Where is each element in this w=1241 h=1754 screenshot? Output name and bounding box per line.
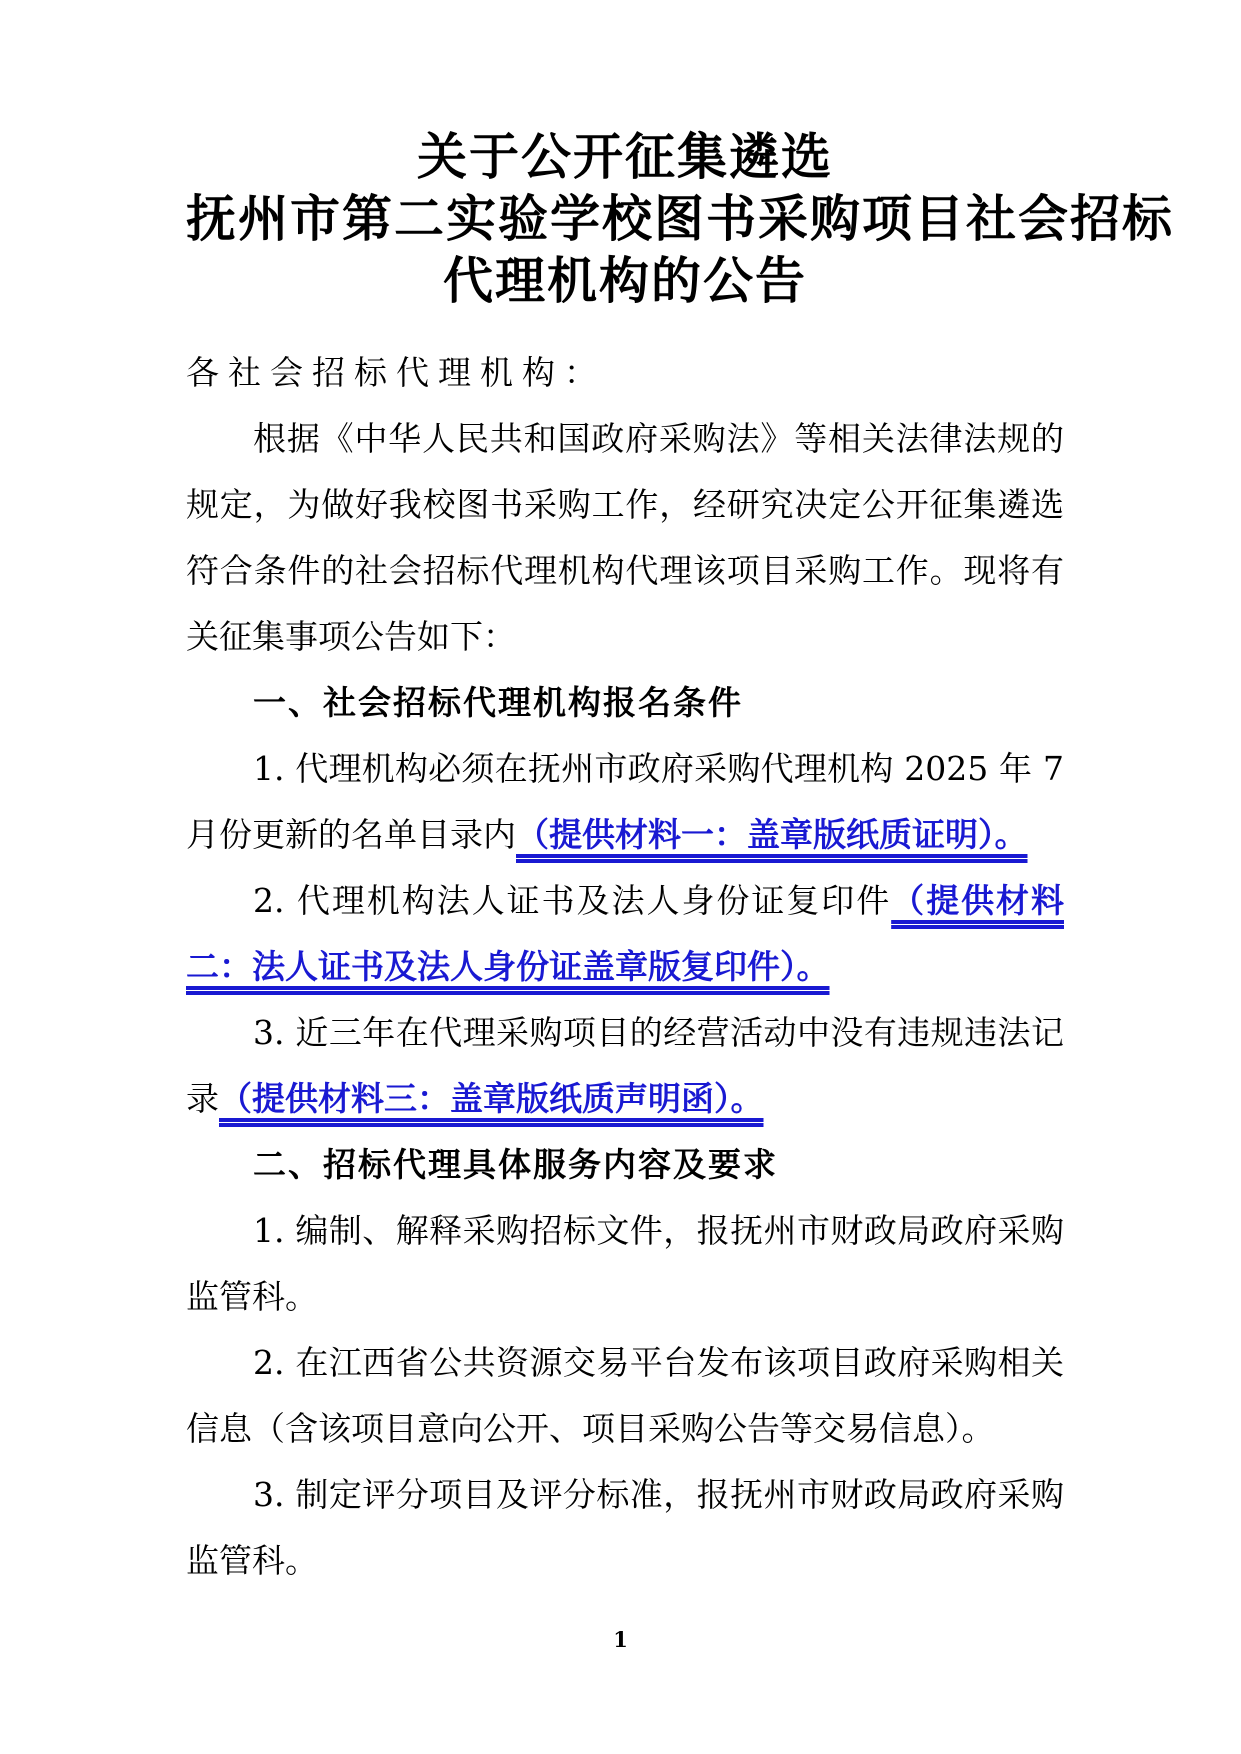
section2-heading: 二、招标代理具体服务内容及要求 xyxy=(186,1132,1064,1198)
document-content: 关于公开征集遴选 抚州市第二实验学校图书采购项目社会招标 代理机构的公告 各社会… xyxy=(186,126,1064,1594)
requirement-item-3: 3. 近三年在代理采购项目的经营活动中没有违规违法记录（提供材料三：盖章版纸质声… xyxy=(186,1000,1064,1132)
document-title: 关于公开征集遴选 抚州市第二实验学校图书采购项目社会招标 代理机构的公告 xyxy=(186,126,1064,312)
section1-heading: 一、社会招标代理机构报名条件 xyxy=(186,670,1064,736)
material-3-link[interactable]: （提供材料三：盖章版纸质声明函）。 xyxy=(219,1079,764,1118)
salutation: 各社会招标代理机构： xyxy=(186,340,1064,406)
requirement-item-1: 1. 代理机构必须在抚州市政府采购代理机构 2025 年 7 月份更新的名单目录… xyxy=(186,736,1064,868)
title-line-2: 抚州市第二实验学校图书采购项目社会招标 xyxy=(186,188,1064,250)
page-number: 1 xyxy=(0,1629,1241,1650)
service-item-1: 1. 编制、解释采购招标文件，报抚州市财政局政府采购监管科。 xyxy=(186,1198,1064,1330)
requirement-item-2: 2. 代理机构法人证书及法人身份证复印件（提供材料二：法人证书及法人身份证盖章版… xyxy=(186,868,1064,1000)
requirement-item-2-text: 2. 代理机构法人证书及法人身份证复印件 xyxy=(253,881,891,920)
title-line-3: 代理机构的公告 xyxy=(186,250,1064,312)
service-item-3: 3. 制定评分项目及评分标准，报抚州市财政局政府采购监管科。 xyxy=(186,1462,1064,1594)
service-item-2: 2. 在江西省公共资源交易平台发布该项目政府采购相关信息（含该项目意向公开、项目… xyxy=(186,1330,1064,1462)
material-1-link[interactable]: （提供材料一：盖章版纸质证明）。 xyxy=(516,815,1028,854)
title-line-1: 关于公开征集遴选 xyxy=(186,126,1064,188)
intro-paragraph: 根据《中华人民共和国政府采购法》等相关法律法规的规定，为做好我校图书采购工作，经… xyxy=(186,406,1064,670)
document-page: 关于公开征集遴选 抚州市第二实验学校图书采购项目社会招标 代理机构的公告 各社会… xyxy=(0,0,1241,1754)
